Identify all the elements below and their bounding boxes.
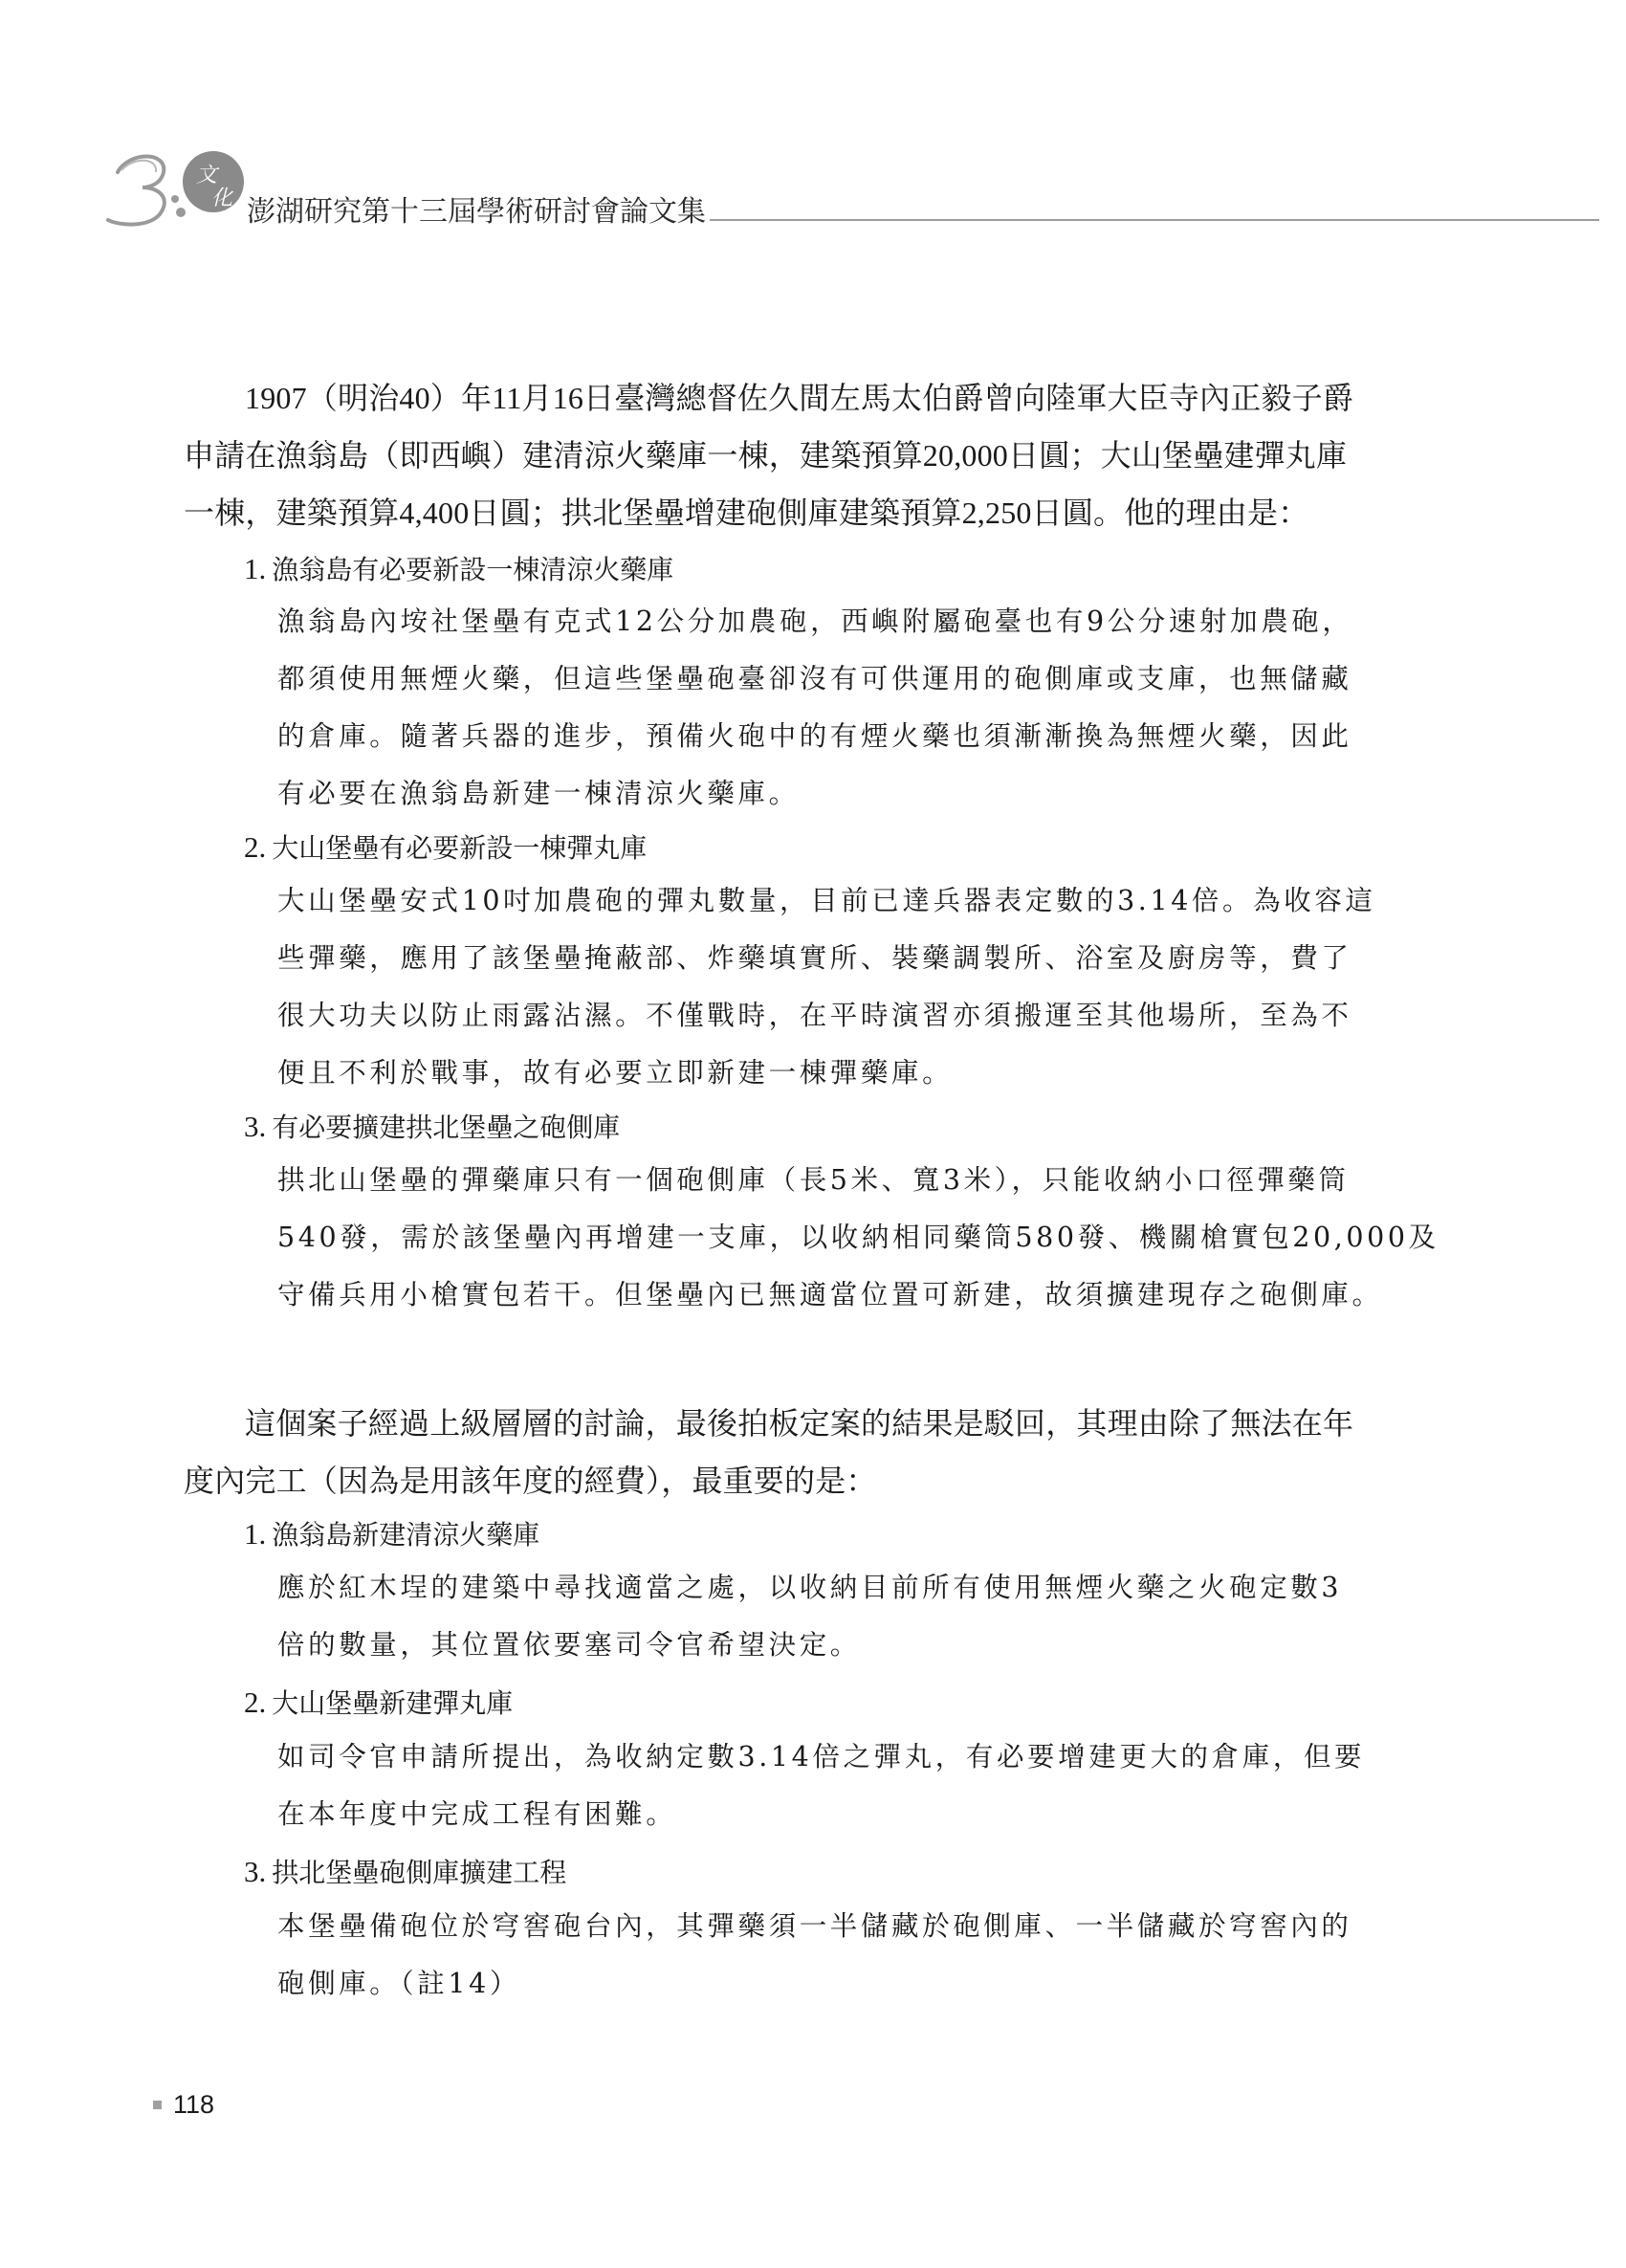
reason-item-body: 大山堡壘安式10吋加農砲的彈丸數量，目前已達兵器表定數的3.14倍。為收容這 些… xyxy=(277,882,1368,1112)
list-body-line: 540發，需於該堡壘內再增建一支庫，以收納相同藥筒580發、機關槍實包20,00… xyxy=(277,1219,1368,1276)
list-number: 2. xyxy=(244,830,266,864)
list-body-line: 砲側庫。（註14） xyxy=(277,1965,1368,2022)
list-number: 2. xyxy=(244,1685,266,1719)
decision-item-heading: 1.漁翁島新建清涼火藥庫 xyxy=(244,1515,539,1554)
list-body-line: 本堡壘備砲位於穹窖砲台內，其彈藥須一半儲藏於砲側庫、一半儲藏於穹窖內的 xyxy=(277,1907,1368,1965)
intro-paragraph: 1907（明治40）年11月16日臺灣總督佐久間左馬太伯爵曾向陸軍大臣寺內正毅子… xyxy=(184,369,1370,541)
page-footer: 118 xyxy=(153,2085,214,2124)
list-body-line: 如司令官申請所提出，為收納定數3.14倍之彈丸，有必要增建更大的倉庫，但要 xyxy=(277,1738,1368,1795)
reason-item-heading: 3.有必要擴建拱北堡壘之砲側庫 xyxy=(244,1108,620,1147)
list-body-line: 的倉庫。隨著兵器的進步，預備火砲中的有煙火藥也須漸漸換為無煙火藥，因此 xyxy=(277,717,1368,775)
reason-item-body: 拱北山堡壘的彈藥庫只有一個砲側庫（長5米、寬3米），只能收納小口徑彈藥筒 540… xyxy=(277,1161,1368,1333)
svg-text:文: 文 xyxy=(196,164,220,187)
svg-text:化: 化 xyxy=(211,187,234,210)
header-divider xyxy=(710,219,1599,221)
list-body-line: 有必要在漁翁島新建一棟清涼火藥庫。 xyxy=(277,775,1368,832)
paragraph-line: 1907（明治40）年11月16日臺灣總督佐久間左馬太伯爵曾向陸軍大臣寺內正毅子… xyxy=(184,369,1370,427)
book-title: 澎湖研究第十三屆學術研討會論文集 xyxy=(247,187,706,230)
list-heading-text: 漁翁島新建清涼火藥庫 xyxy=(272,1519,539,1551)
decision-paragraph: 這個案子經過上級層層的討論，最後拍板定案的結果是駁回，其理由除了無法在年 度內完… xyxy=(184,1395,1370,1509)
conference-logo-icon: 文 化 xyxy=(100,143,253,230)
decision-item-heading: 2.大山堡壘新建彈丸庫 xyxy=(244,1684,513,1723)
decision-item-body: 本堡壘備砲位於穹窖砲台內，其彈藥須一半儲藏於砲側庫、一半儲藏於穹窖內的 砲側庫。… xyxy=(277,1907,1368,2022)
list-body-line: 漁翁島內垵社堡壘有克式12公分加農砲，西嶼附屬砲臺也有9公分速射加農砲， xyxy=(277,603,1368,660)
page-marker-square-icon xyxy=(153,2101,162,2109)
decision-item-heading: 3.拱北堡壘砲側庫擴建工程 xyxy=(244,1853,566,1892)
list-body-line: 拱北山堡壘的彈藥庫只有一個砲側庫（長5米、寬3米），只能收納小口徑彈藥筒 xyxy=(277,1161,1368,1219)
list-body-line: 便且不利於戰事，故有必要立即新建一棟彈藥庫。 xyxy=(277,1054,1368,1112)
reason-item-heading: 1.漁翁島有必要新設一棟清涼火藥庫 xyxy=(244,550,673,589)
list-body-line: 在本年度中完成工程有困難。 xyxy=(277,1795,1368,1853)
reason-item-heading: 2.大山堡壘有必要新設一棟彈丸庫 xyxy=(244,828,647,868)
list-body-line: 很大功夫以防止雨露沾濕。不僅戰時，在平時演習亦須搬運至其他場所，至為不 xyxy=(277,997,1368,1054)
paragraph-line: 一棟，建築預算4,400日圓；拱北堡壘增建砲側庫建築預算2,250日圓。他的理由… xyxy=(184,484,1370,541)
paragraph-line: 申請在漁翁島（即西嶼）建清涼火藥庫一棟，建築預算20,000日圓；大山堡壘建彈丸… xyxy=(184,427,1370,484)
list-body-line: 守備兵用小槍實包若干。但堡壘內已無適當位置可新建，故須擴建現存之砲側庫。 xyxy=(277,1276,1368,1333)
list-heading-text: 大山堡壘新建彈丸庫 xyxy=(272,1687,513,1719)
reason-item-body: 漁翁島內垵社堡壘有克式12公分加農砲，西嶼附屬砲臺也有9公分速射加農砲， 都須使… xyxy=(277,603,1368,832)
decision-item-body: 應於紅木埕的建築中尋找適當之處，以收納目前所有使用無煙火藥之火砲定數3 倍的數量… xyxy=(277,1569,1368,1684)
list-heading-text: 漁翁島有必要新設一棟清涼火藥庫 xyxy=(272,554,673,585)
decision-item-body: 如司令官申請所提出，為收納定數3.14倍之彈丸，有必要增建更大的倉庫，但要 在本… xyxy=(277,1738,1368,1853)
list-heading-text: 有必要擴建拱北堡壘之砲側庫 xyxy=(272,1112,620,1143)
list-body-line: 倍的數量，其位置依要塞司令官希望決定。 xyxy=(277,1626,1368,1684)
list-body-line: 都須使用無煙火藥，但這些堡壘砲臺卻沒有可供運用的砲側庫或支庫，也無儲藏 xyxy=(277,660,1368,717)
list-body-line: 應於紅木埕的建築中尋找適當之處，以收納目前所有使用無煙火藥之火砲定數3 xyxy=(277,1569,1368,1626)
list-number: 1. xyxy=(244,552,266,585)
running-header: 文 化 澎湖研究第十三屆學術研討會論文集 xyxy=(0,0,1626,249)
list-body-line: 些彈藥，應用了該堡壘掩蔽部、炸藥填實所、裝藥調製所、浴室及廚房等，費了 xyxy=(277,939,1368,997)
paragraph-line: 這個案子經過上級層層的討論，最後拍板定案的結果是駁回，其理由除了無法在年 xyxy=(184,1395,1370,1452)
list-number: 3. xyxy=(244,1110,266,1143)
paragraph-line: 度內完工（因為是用該年度的經費），最重要的是： xyxy=(184,1452,1370,1509)
list-heading-text: 拱北堡壘砲側庫擴建工程 xyxy=(272,1857,566,1888)
list-number: 1. xyxy=(244,1517,266,1551)
list-body-line: 大山堡壘安式10吋加農砲的彈丸數量，目前已達兵器表定數的3.14倍。為收容這 xyxy=(277,882,1368,939)
list-number: 3. xyxy=(244,1855,266,1888)
page-number: 118 xyxy=(173,2090,214,2120)
list-heading-text: 大山堡壘有必要新設一棟彈丸庫 xyxy=(272,832,647,864)
